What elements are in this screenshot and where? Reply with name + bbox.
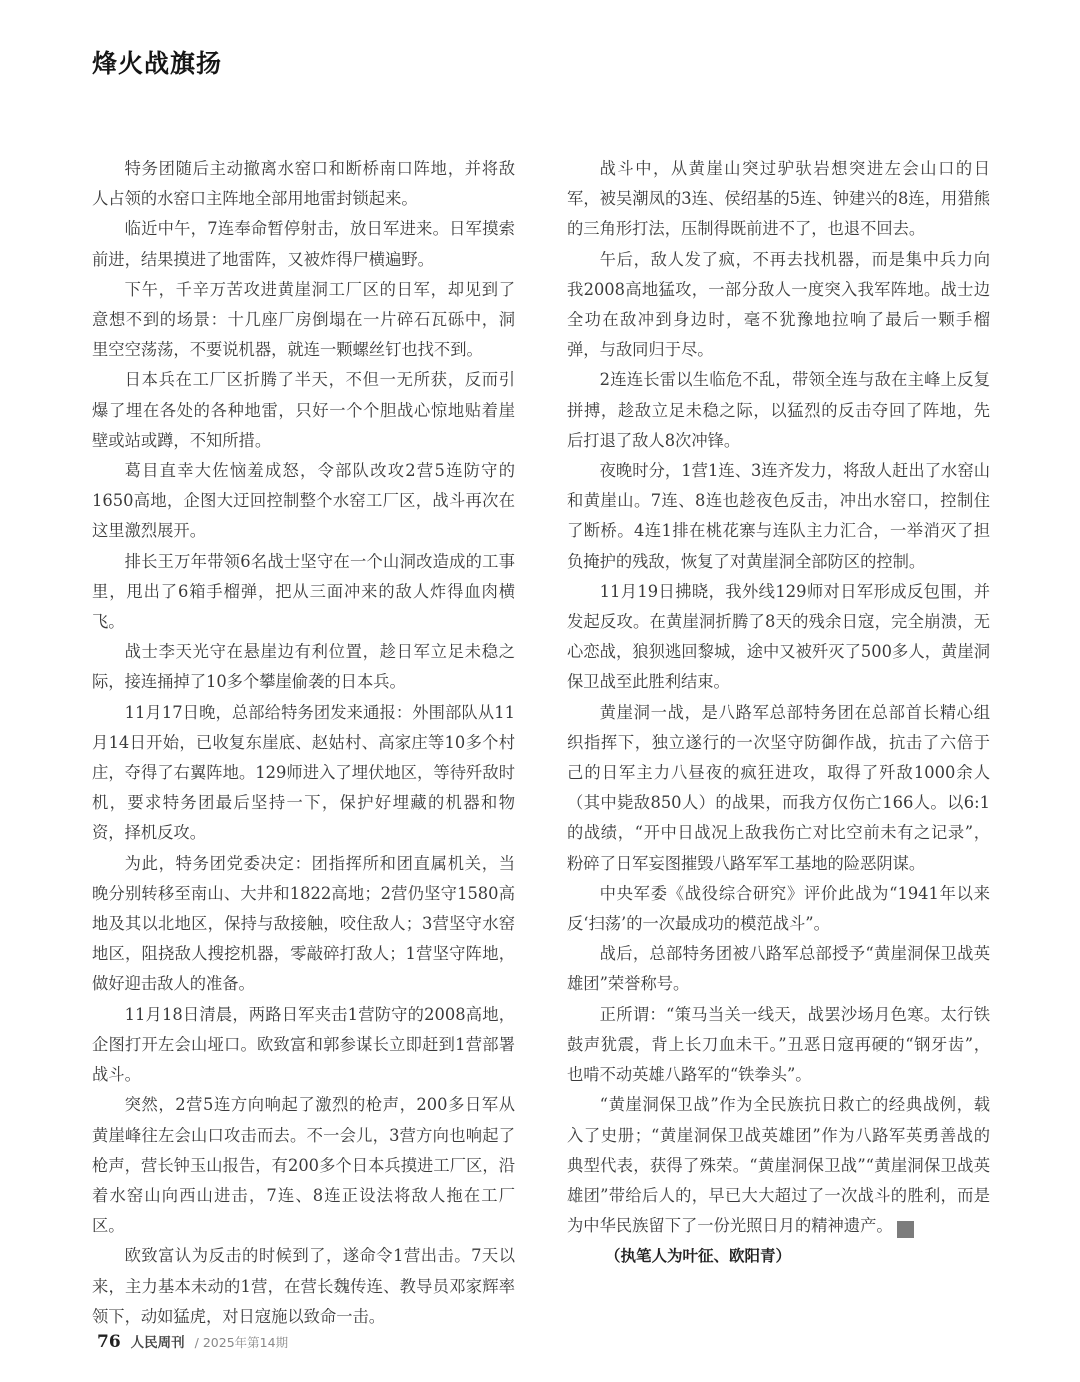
paragraph: 临近中午，7连奉命暂停射击，放日军进来。日军摸索前进，结果摸进了地雷阵，又被炸得… xyxy=(92,214,515,274)
paragraph: 特务团随后主动撤离水窑口和断桥南口阵地，并将敌人占领的水窑口主阵地全部用地雷封锁… xyxy=(92,154,515,214)
paragraph: 2连连长雷以生临危不乱，带领全连与敌在主峰上反复拼搏，趁敌立足未稳之际，以猛烈的… xyxy=(567,365,990,456)
paragraph-text: “黄崖洞保卫战”作为全民族抗日救亡的经典战例，载入了史册；“黄崖洞保卫战英雄团”… xyxy=(567,1095,990,1235)
issue-number: / 2025年第14期 xyxy=(195,1333,288,1351)
paragraph: 排长王万年带领6名战士坚守在一个山洞改造成的工事里，甩出了6箱手榴弹，把从三面冲… xyxy=(92,547,515,638)
paragraph: 正所谓：“策马当关一线天，战罢沙场月色寒。太行铁鼓声犹震，背上长刀血未干。”丑恶… xyxy=(567,1000,990,1091)
page-footer: 76 人民周刊 / 2025年第14期 xyxy=(97,1331,288,1352)
paragraph: 下午，千辛万苦攻进黄崖洞工厂区的日军，却见到了意想不到的场景：十几座厂房倒塌在一… xyxy=(92,275,515,366)
paragraph: 夜晚时分，1营1连、3连齐发力，将敌人赶出了水窑山和黄崖山。7连、8连也趁夜色反… xyxy=(567,456,990,577)
paragraph: 欧致富认为反击的时候到了，遂命令1营出击。7天以来，主力基本未动的1营，在营长魏… xyxy=(92,1241,515,1332)
article-column-left: 特务团随后主动撤离水窑口和断桥南口阵地，并将敌人占领的水窑口主阵地全部用地雷封锁… xyxy=(92,154,515,1332)
page-number: 76 xyxy=(97,1332,121,1352)
paragraph: 午后，敌人发了疯，不再去找机器，而是集中兵力向我2008高地猛攻，一部分敌人一度… xyxy=(567,245,990,366)
final-paragraph: “黄崖洞保卫战”作为全民族抗日救亡的经典战例，载入了史册；“黄崖洞保卫战英雄团”… xyxy=(567,1090,990,1241)
paragraph: 战斗中，从黄崖山突过驴驮岩想突进左会山口的日军，被吴潮凤的3连、侯绍基的5连、钟… xyxy=(567,154,990,245)
paragraph: 战后，总部特务团被八路军总部授予“黄崖洞保卫战英雄团”荣誉称号。 xyxy=(567,939,990,999)
paragraph: 11月18日清晨，两路日军夹击1营防守的2008高地，企图打开左会山垭口。欧致富… xyxy=(92,1000,515,1091)
paragraph: 突然，2营5连方向响起了激烈的枪声，200多日军从黄崖峰往左会山口攻击而去。不一… xyxy=(92,1090,515,1241)
paragraph: 为此，特务团党委决定：团指挥所和团直属机关，当晚分别转移至南山、大井和1822高… xyxy=(92,849,515,1000)
paragraph: 日本兵在工厂区折腾了半天，不但一无所获，反而引爆了埋在各处的各种地雷，只好一个个… xyxy=(92,365,515,456)
paragraph: 11月17日晚，总部给特务团发来通报：外围部队从11月14日开始，已收复东崖底、… xyxy=(92,698,515,849)
paragraph: 中央军委《战役综合研究》评价此战为“1941年以来反‘扫荡’的一次最成功的模范战… xyxy=(567,879,990,939)
paragraph: 11月19日拂晓，我外线129师对日军形成反包围，并发起反攻。在黄崖洞折腾了8天… xyxy=(567,577,990,698)
article-column-right: 战斗中，从黄崖山突过驴驮岩想突进左会山口的日军，被吴潮凤的3连、侯绍基的5连、钟… xyxy=(567,154,990,1272)
paragraph: 战士李天光守在悬崖边有利位置，趁日军立足未稳之际，接连捅掉了10多个攀崖偷袭的日… xyxy=(92,637,515,697)
end-mark-icon: K xyxy=(897,1221,914,1238)
section-title: 烽火战旗扬 xyxy=(92,44,222,80)
paragraph: 葛目直幸大佐恼羞成怒，令部队改攻2营5连防守的1650高地，企图大迂回控制整个水… xyxy=(92,456,515,547)
magazine-name: 人民周刊 xyxy=(131,1331,185,1351)
paragraph: 黄崖洞一战，是八路军总部特务团在总部首长精心组织指挥下，独立遂行的一次坚守防御作… xyxy=(567,698,990,879)
author-byline: （执笔人为叶征、欧阳青） xyxy=(567,1241,990,1271)
